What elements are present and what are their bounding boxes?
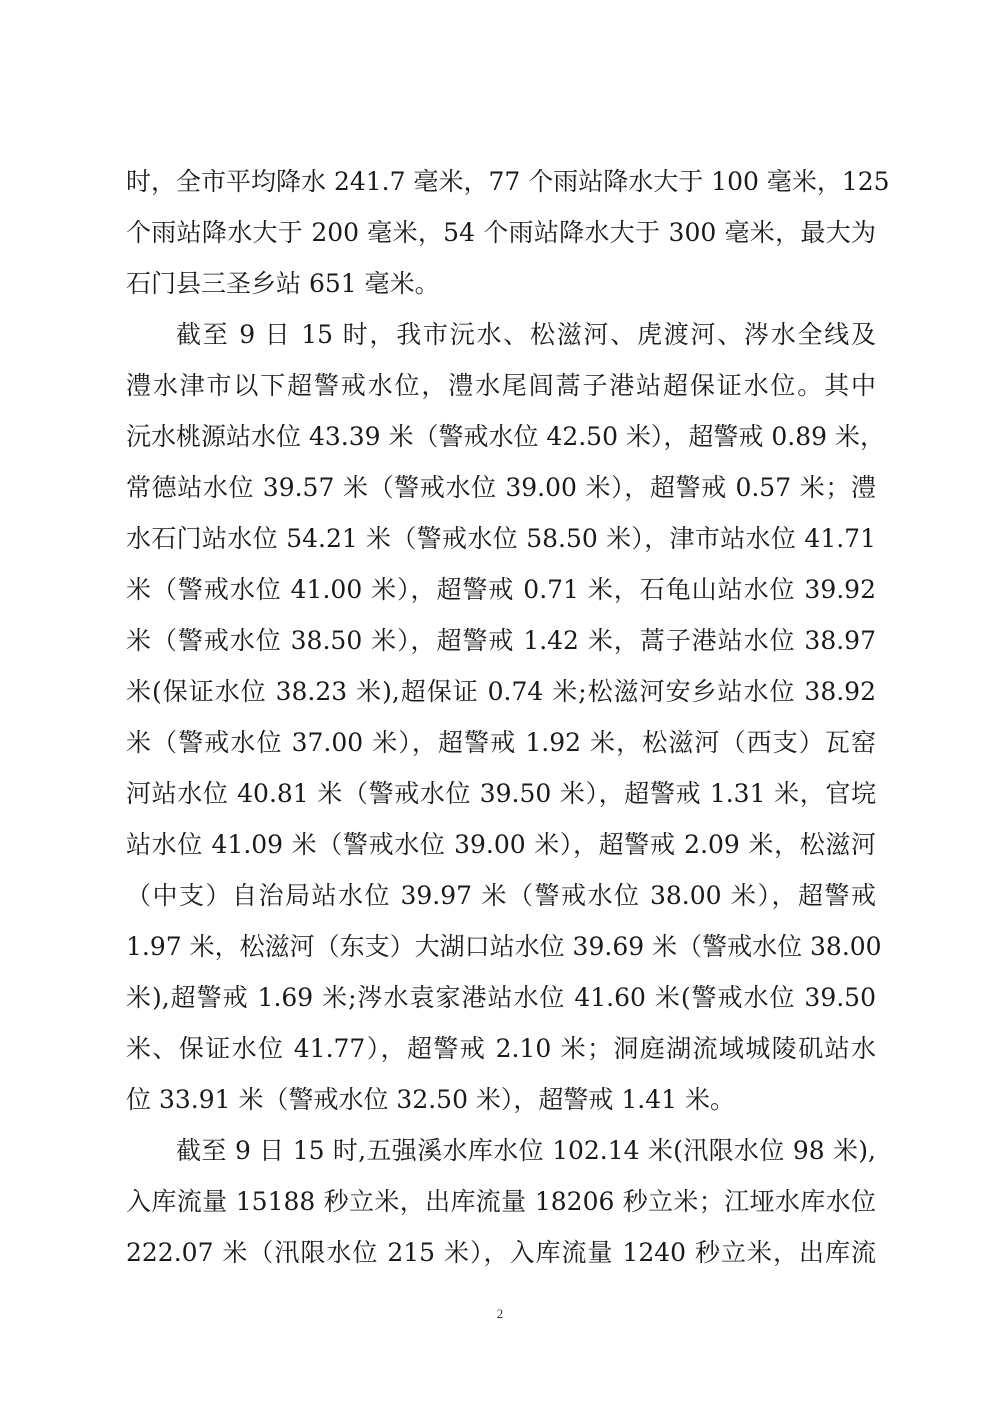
paragraph-rainfall-summary: 时，全市平均降水 241.7 毫米，77 个雨站降水大于 100 毫米，125 … — [126, 156, 876, 309]
text-line: 河站水位 40.81 米（警戒水位 39.50 米），超警戒 1.31 米，官垸 — [126, 768, 876, 819]
paragraph-reservoir-status: 截至 9 日 15 时,五强溪水库水位 102.14 米(汛限水位 98 米),… — [126, 1125, 876, 1278]
text-line: 沅水桃源站水位 43.39 米（警戒水位 42.50 米），超警戒 0.89 米… — [126, 411, 876, 462]
document-page: 时，全市平均降水 241.7 毫米，77 个雨站降水大于 100 毫米，125 … — [0, 0, 1000, 1415]
text-line: 石门县三圣乡站 651 毫米。 — [126, 258, 876, 309]
text-line: 位 33.91 米（警戒水位 32.50 米），超警戒 1.41 米。 — [126, 1074, 876, 1125]
text-line: 个雨站降水大于 200 毫米，54 个雨站降水大于 300 毫米，最大为 — [126, 207, 876, 258]
page-number: 2 — [0, 1306, 1000, 1322]
text-line: （中支）自治局站水位 39.97 米（警戒水位 38.00 米），超警戒 — [126, 870, 876, 921]
text-line: 截至 9 日 15 时,五强溪水库水位 102.14 米(汛限水位 98 米), — [126, 1125, 876, 1176]
text-line: 222.07 米（汛限水位 215 米），入库流量 1240 秒立米，出库流 — [126, 1227, 876, 1278]
text-line: 米（警戒水位 41.00 米），超警戒 0.71 米，石龟山站水位 39.92 — [126, 564, 876, 615]
text-line: 米),超警戒 1.69 米;涔水袁家港站水位 41.60 米(警戒水位 39.5… — [126, 972, 876, 1023]
text-line: 常德站水位 39.57 米（警戒水位 39.00 米），超警戒 0.57 米；澧 — [126, 462, 876, 513]
text-line: 米、保证水位 41.77），超警戒 2.10 米；洞庭湖流域城陵矶站水 — [126, 1023, 876, 1074]
text-line: 时，全市平均降水 241.7 毫米，77 个雨站降水大于 100 毫米，125 — [126, 156, 876, 207]
text-line: 澧水津市以下超警戒水位，澧水尾闾蒿子港站超保证水位。其中 — [126, 360, 876, 411]
text-line: 站水位 41.09 米（警戒水位 39.00 米），超警戒 2.09 米，松滋河 — [126, 819, 876, 870]
text-line: 截至 9 日 15 时，我市沅水、松滋河、虎渡河、涔水全线及 — [126, 309, 876, 360]
paragraph-river-water-levels: 截至 9 日 15 时，我市沅水、松滋河、虎渡河、涔水全线及 澧水津市以下超警戒… — [126, 309, 876, 1125]
text-line: 入库流量 15188 秒立米，出库流量 18206 秒立米；江垭水库水位 — [126, 1176, 876, 1227]
text-line: 水石门站水位 54.21 米（警戒水位 58.50 米），津市站水位 41.71 — [126, 513, 876, 564]
text-line: 米（警戒水位 38.50 米），超警戒 1.42 米，蒿子港站水位 38.97 — [126, 615, 876, 666]
text-line: 米（警戒水位 37.00 米），超警戒 1.92 米，松滋河（西支）瓦窑 — [126, 717, 876, 768]
text-line: 米(保证水位 38.23 米),超保证 0.74 米;松滋河安乡站水位 38.9… — [126, 666, 876, 717]
document-body: 时，全市平均降水 241.7 毫米，77 个雨站降水大于 100 毫米，125 … — [126, 156, 876, 1278]
text-line: 1.97 米，松滋河（东支）大湖口站水位 39.69 米（警戒水位 38.00 — [126, 921, 876, 972]
